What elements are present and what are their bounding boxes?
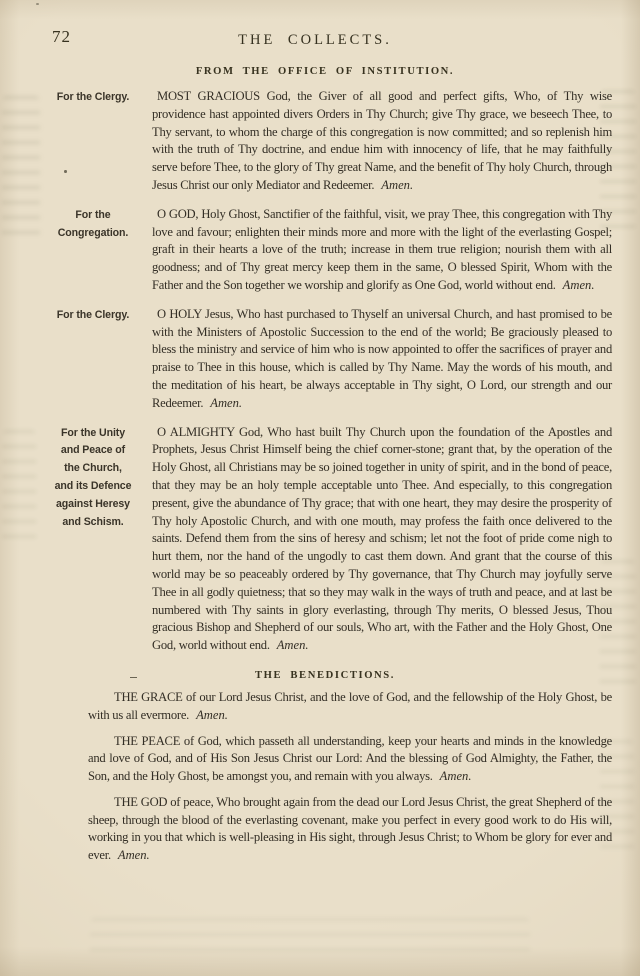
scanned-book-page: 72 THE COLLECTS. FROM THE OFFICE OF INST… [0, 0, 640, 976]
benediction-text: THE PEACE of God, which passeth all unde… [88, 734, 612, 784]
collect-for-the-clergy-2: For the Clergy. O HOLY Jesus, Who hast p… [38, 306, 612, 413]
collect-label: For the Clergy. [38, 88, 148, 107]
collect-text: O GOD, Holy Ghost, Sanctifier of the fai… [152, 207, 612, 292]
ink-dash [130, 677, 137, 679]
label-line: the Church, [38, 460, 148, 478]
collect-text: O HOLY Jesus, Who hast purchased to Thys… [152, 307, 612, 410]
running-title: THE COLLECTS. [0, 32, 630, 49]
collect-label: For theCongregation. [38, 206, 148, 243]
collect-for-unity-and-peace: For the Unityand Peace ofthe Church,and … [38, 424, 612, 655]
amen-text: Amen. [440, 769, 472, 783]
label-line: Congregation. [38, 225, 148, 243]
collect-text: O ALMIGHTY God, Who hast built Thy Churc… [152, 425, 612, 653]
bleed-through-artifact [90, 918, 530, 958]
collect-for-the-congregation: For theCongregation. O GOD, Holy Ghost, … [38, 206, 612, 295]
text-block: FROM THE OFFICE OF INSTITUTION. For the … [38, 64, 612, 865]
amen-text: Amen. [118, 848, 150, 862]
label-line: For the [38, 207, 148, 225]
section-heading-benedictions: THE BENEDICTIONS. [38, 670, 612, 681]
label-line: and Schism. [38, 514, 148, 532]
benediction-paragraph-god-of-peace: THE GOD of peace, Who brought again from… [88, 794, 612, 865]
label-line: For the Clergy. [38, 89, 148, 107]
collect-body: O HOLY Jesus, Who hast purchased to Thys… [152, 306, 612, 413]
label-line: and Peace of [38, 442, 148, 460]
label-line: For the Clergy. [38, 307, 148, 325]
benedictions-heading-row: THE BENEDICTIONS. [38, 670, 612, 681]
collect-label: For the Clergy. [38, 306, 148, 325]
benediction-text: THE GRACE of our Lord Jesus Christ, and … [88, 690, 612, 722]
amen-text: Amen. [381, 178, 413, 192]
amen-text: Amen. [210, 396, 242, 410]
benediction-paragraph-grace: THE GRACE of our Lord Jesus Christ, and … [88, 689, 612, 725]
label-line: and its Defence [38, 478, 148, 496]
section-heading-office: FROM THE OFFICE OF INSTITUTION. [38, 66, 612, 77]
bleed-through-artifact [2, 96, 40, 246]
collect-label: For the Unityand Peace ofthe Church,and … [38, 424, 148, 532]
label-line: For the Unity [38, 425, 148, 443]
label-line: against Heresy [38, 496, 148, 514]
amen-text: Amen. [563, 278, 595, 292]
collect-for-the-clergy-1: For the Clergy. MOST GRACIOUS God, the G… [38, 88, 612, 195]
collect-text: MOST GRACIOUS God, the Giver of all good… [152, 89, 612, 192]
collect-body: O GOD, Holy Ghost, Sanctifier of the fai… [152, 206, 612, 295]
ink-speck [36, 3, 39, 5]
amen-text: Amen. [277, 638, 309, 652]
benediction-text: THE GOD of peace, Who brought again from… [88, 795, 612, 862]
collect-body: MOST GRACIOUS God, the Giver of all good… [152, 88, 612, 195]
collect-body: O ALMIGHTY God, Who hast built Thy Churc… [152, 424, 612, 655]
bleed-through-artifact [2, 430, 36, 550]
benediction-paragraph-peace: THE PEACE of God, which passeth all unde… [88, 733, 612, 786]
amen-text: Amen. [196, 708, 228, 722]
